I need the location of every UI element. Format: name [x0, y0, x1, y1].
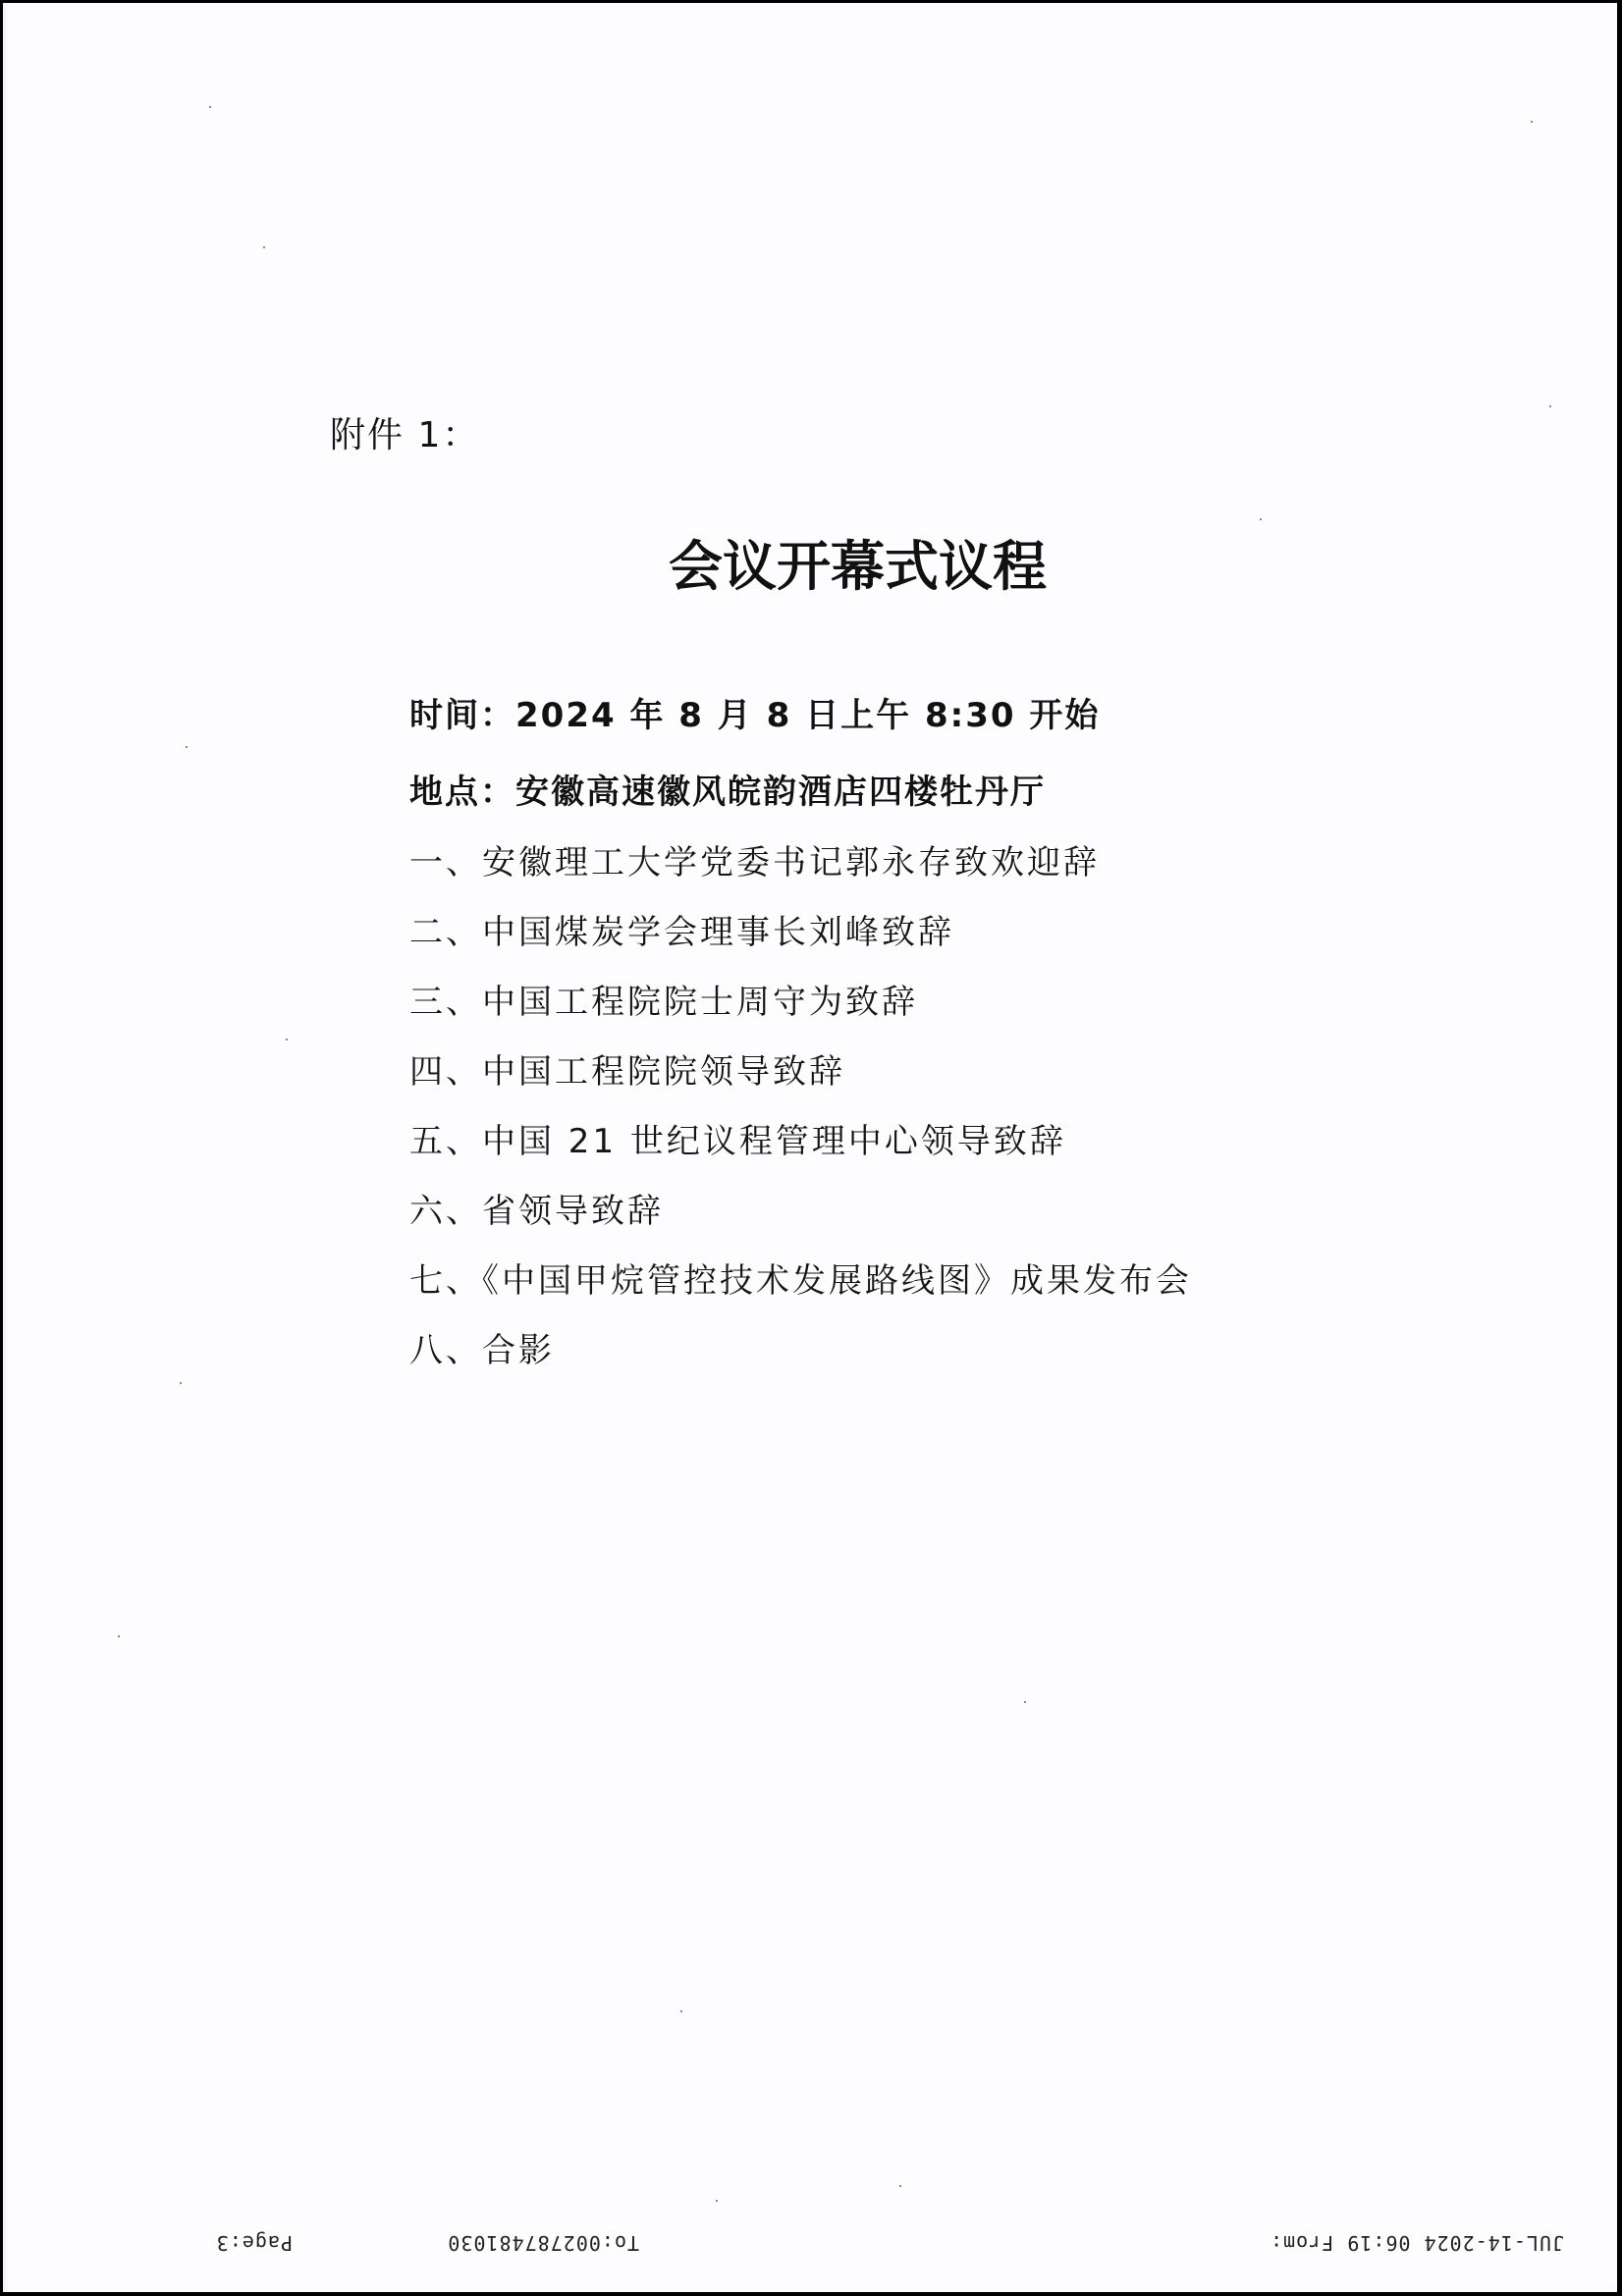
scan-speck [180, 1382, 182, 1384]
scan-speck [716, 2200, 718, 2202]
agenda-item-number: 二、 [409, 913, 482, 952]
agenda-item-text: 《中国甲烷管控技术发展路线图》成果发布会 [482, 1261, 1192, 1301]
agenda-item-text: 合影 [482, 1331, 555, 1370]
scan-edge [3, 3, 9, 2292]
scan-speck [186, 746, 188, 748]
page-title: 会议开幕式议程 [669, 523, 1047, 601]
agenda-item-text: 中国工程院院领导致辞 [482, 1052, 845, 1092]
fax-to: To:002787481030 [447, 2231, 639, 2255]
time-label: 时间： [409, 696, 515, 735]
agenda-item-text: 中国 21 世纪议程管理中心领导致辞 [482, 1122, 1066, 1161]
agenda-item-text: 中国煤炭学会理事长刘峰致辞 [482, 913, 954, 952]
scan-speck [1549, 405, 1551, 407]
scan-speck [1531, 121, 1533, 123]
scan-speck [118, 1635, 120, 1637]
fax-from: JUL-14-2024 06:19 From: [1270, 2231, 1564, 2255]
scan-speck [899, 2185, 901, 2187]
agenda-item: 四、中国工程院院领导致辞 [409, 1051, 1192, 1121]
agenda-item: 二、中国煤炭学会理事长刘峰致辞 [409, 912, 1192, 982]
agenda-item-number: 八、 [409, 1331, 482, 1370]
location-value: 安徽高速徽风皖韵酒店四楼牡丹厅 [515, 773, 1046, 812]
scan-speck [680, 2010, 682, 2012]
meeting-time: 时间：2024 年 8 月 8 日上午 8:30 开始 [409, 688, 1100, 736]
agenda-item-text: 中国工程院院士周守为致辞 [482, 983, 918, 1022]
scan-speck [286, 1039, 288, 1041]
agenda-item-number: 七、 [409, 1261, 482, 1301]
agenda-item: 五、中国 21 世纪议程管理中心领导致辞 [409, 1121, 1192, 1191]
agenda-list: 一、安徽理工大学党委书记郭永存致欢迎辞 二、中国煤炭学会理事长刘峰致辞 三、中国… [409, 842, 1192, 1400]
agenda-item-text: 省领导致辞 [482, 1192, 664, 1231]
document-page: 附件 1： 会议开幕式议程 时间：2024 年 8 月 8 日上午 8:30 开… [3, 3, 1617, 2292]
agenda-item: 六、省领导致辞 [409, 1191, 1192, 1260]
agenda-item-number: 四、 [409, 1052, 482, 1092]
time-value: 2024 年 8 月 8 日上午 8:30 开始 [515, 696, 1100, 735]
agenda-item: 八、合影 [409, 1330, 1192, 1400]
agenda-item-number: 一、 [409, 843, 482, 882]
agenda-item-number: 五、 [409, 1122, 482, 1161]
agenda-item-text: 安徽理工大学党委书记郭永存致欢迎辞 [482, 843, 1100, 882]
agenda-item-number: 六、 [409, 1192, 482, 1231]
fax-header: JUL-14-2024 06:19 From: To:002787481030 … [199, 2223, 1574, 2259]
scan-speck [1024, 1701, 1026, 1703]
location-label: 地点： [409, 773, 515, 812]
scan-speck [263, 246, 265, 248]
scan-speck [1260, 518, 1262, 520]
agenda-item: 三、中国工程院院士周守为致辞 [409, 982, 1192, 1051]
agenda-item: 一、安徽理工大学党委书记郭永存致欢迎辞 [409, 842, 1192, 912]
agenda-item: 七、《中国甲烷管控技术发展路线图》成果发布会 [409, 1260, 1192, 1330]
agenda-item-number: 三、 [409, 983, 482, 1022]
scan-speck [209, 106, 211, 108]
meeting-location: 地点：安徽高速徽风皖韵酒店四楼牡丹厅 [409, 765, 1046, 813]
fax-page-number: Page:3 [216, 2231, 293, 2255]
attachment-label: 附件 1： [330, 407, 479, 457]
